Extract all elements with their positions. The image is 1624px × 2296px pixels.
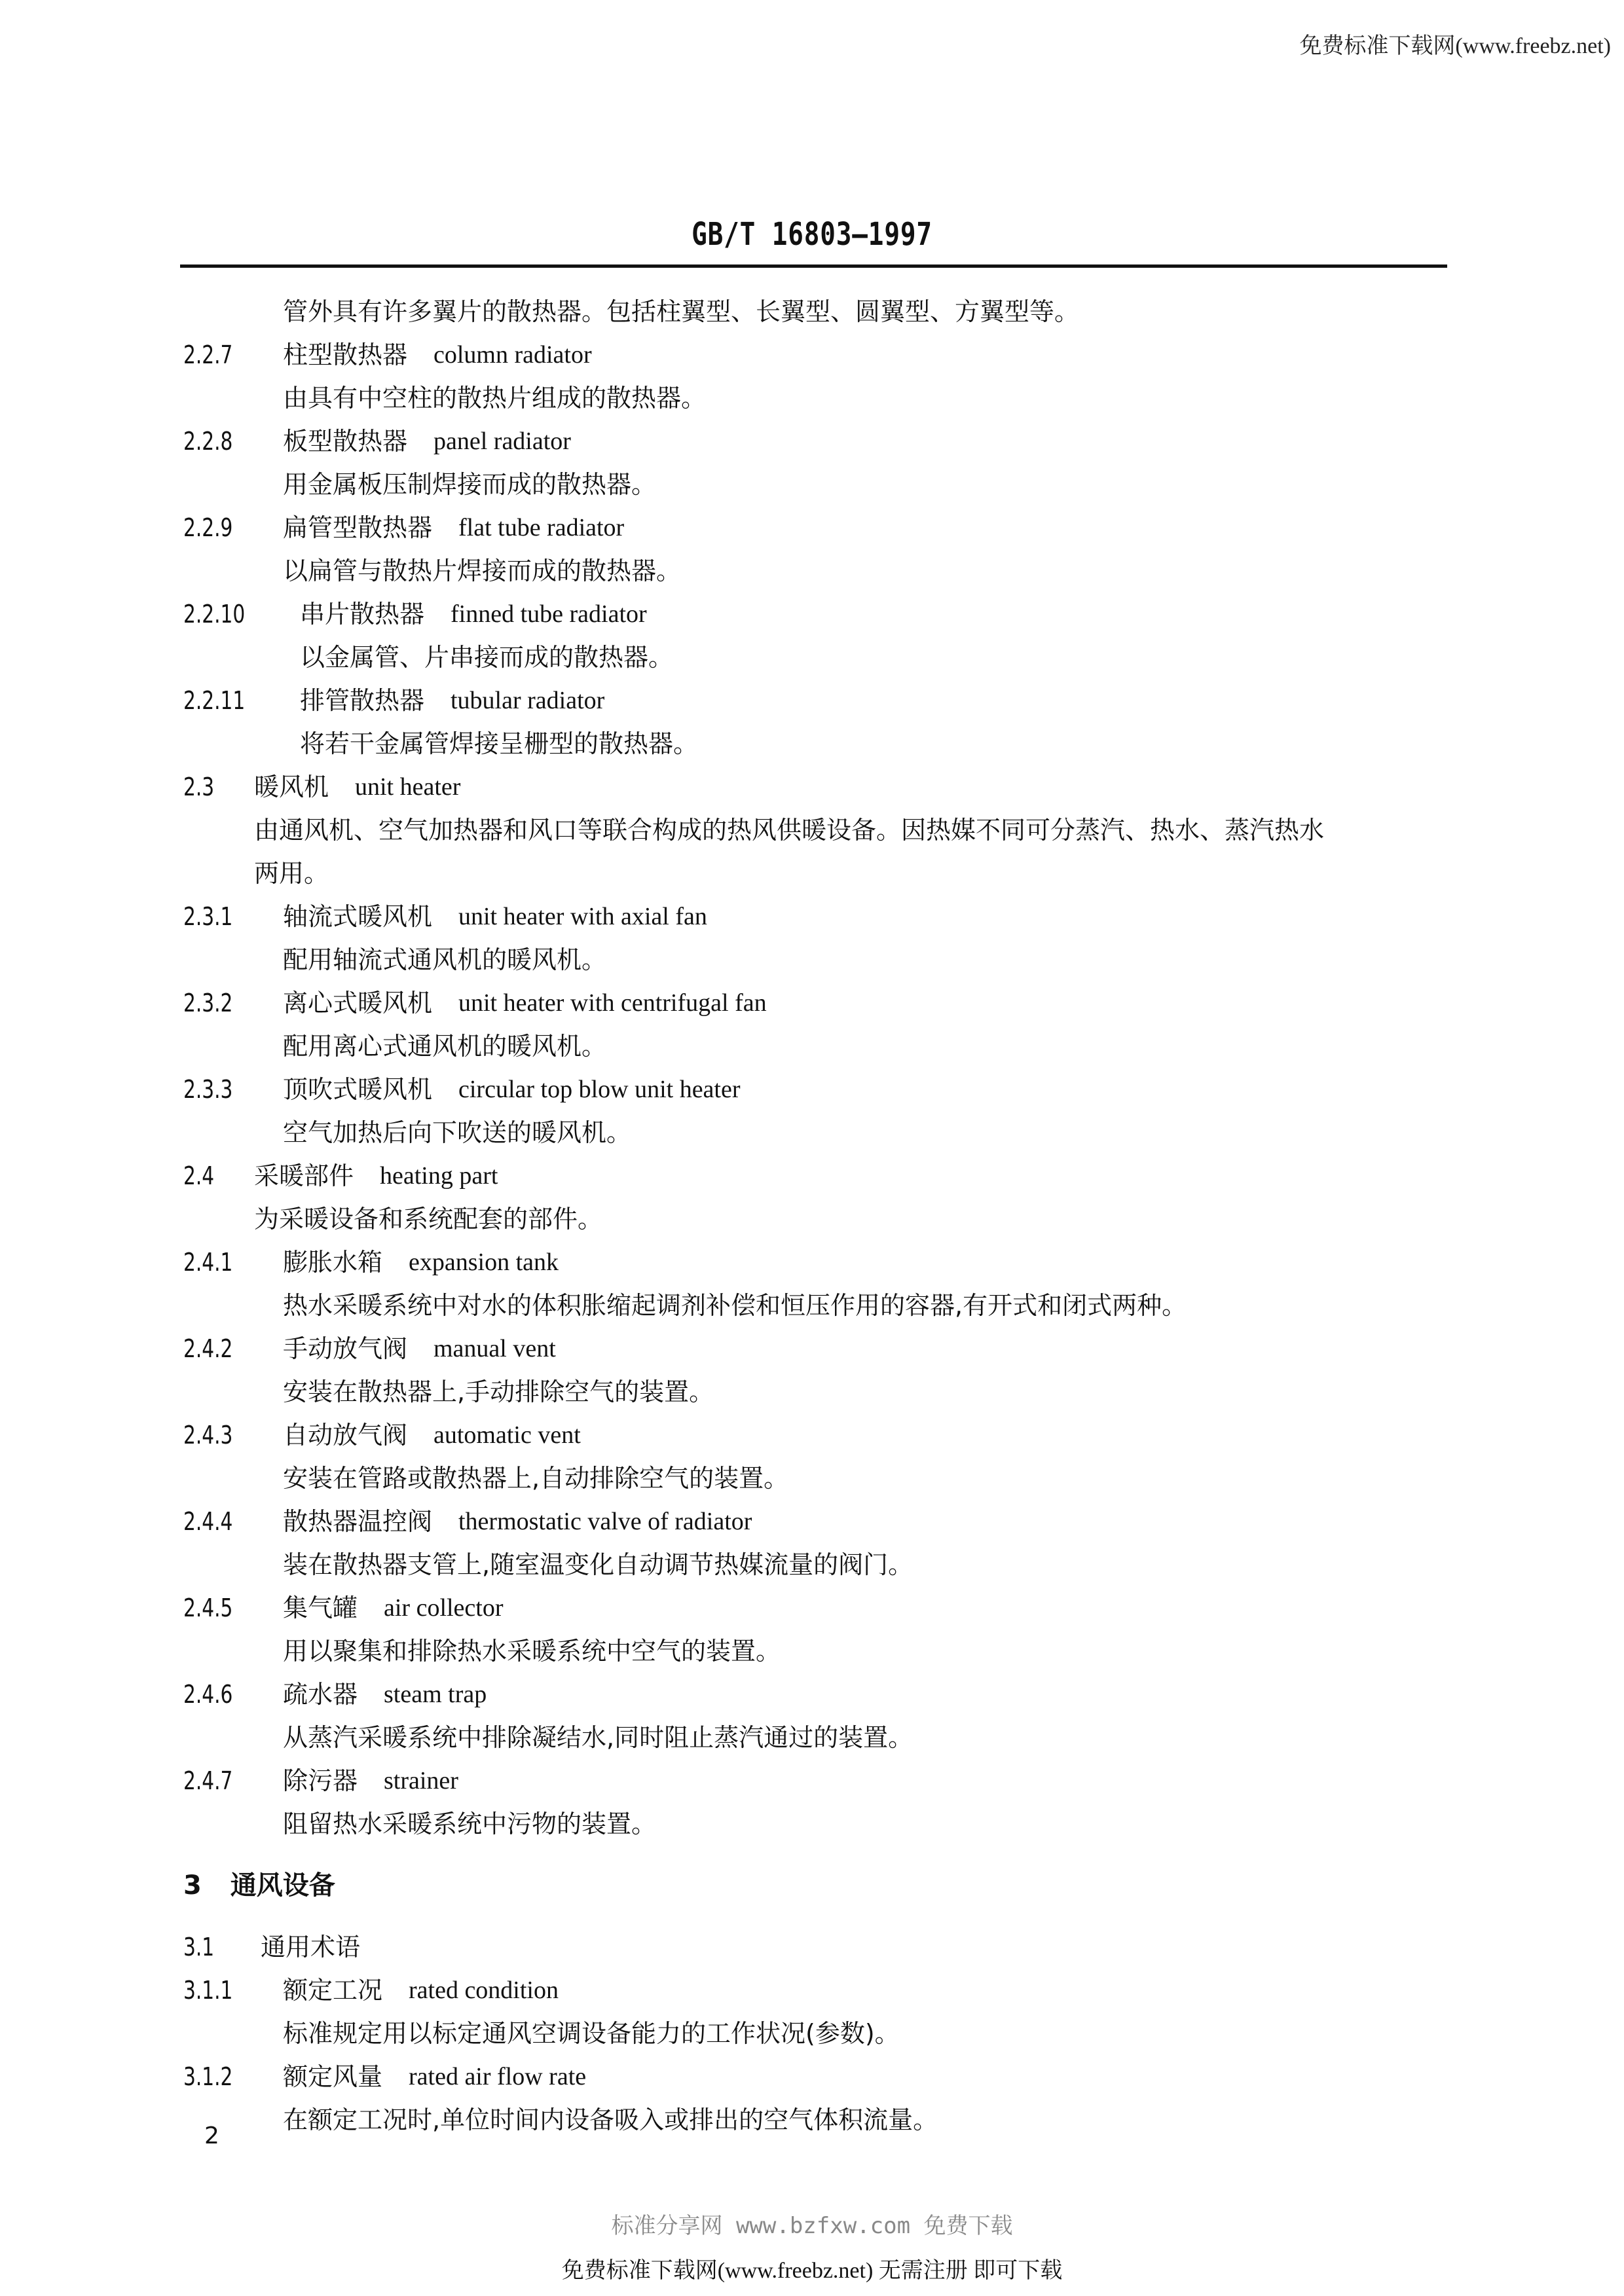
term-english: column radiator (434, 339, 592, 371)
term-definition: 以金属管、片串接而成的散热器。 (300, 642, 673, 673)
term-chinese: 离心式暖风机 (283, 987, 432, 1019)
term-definition: 由通风机、空气加热器和风口等联合构成的热风供暖设备。因热媒不同可分蒸汽、热水、蒸… (254, 814, 1324, 846)
term-chinese: 额定风量 (283, 2061, 382, 2092)
term-number: 2.4 (183, 1160, 214, 1192)
term-definition: 热水采暖系统中对水的体积胀缩起调剂补偿和恒压作用的容器,有开式和闭式两种。 (283, 1290, 1187, 1321)
term-english: unit heater with axial fan (458, 901, 707, 932)
term-definition: 装在散热器支管上,随室温变化自动调节热媒流量的阀门。 (283, 1549, 913, 1580)
term-chinese: 自动放气阀 (283, 1419, 407, 1451)
term-english: rated condition (409, 1975, 559, 2006)
term-chinese: 采暖部件 (254, 1160, 354, 1192)
term-definition: 配用离心式通风机的暖风机。 (283, 1030, 606, 1062)
term-number: 2.4.2 (183, 1333, 232, 1364)
term-number: 2.3.1 (183, 901, 232, 932)
term-english: tubular radiator (451, 685, 604, 716)
standard-code-header: GB/T 16803—1997 (146, 216, 1478, 253)
term-english: automatic vent (434, 1419, 581, 1451)
header-rule (180, 264, 1447, 268)
term-definition-cont: 两用。 (254, 858, 329, 889)
term-definition: 标准规定用以标定通风空调设备能力的工作状况(参数)。 (283, 2018, 900, 2049)
term-english: air collector (384, 1592, 504, 1624)
term-definition: 空气加热后向下吹送的暖风机。 (283, 1117, 631, 1148)
term-number: 3.1.2 (183, 2061, 232, 2092)
page-number: 2 (204, 2123, 219, 2149)
term-english: rated air flow rate (409, 2061, 586, 2092)
term-definition: 配用轴流式通风机的暖风机。 (283, 944, 606, 975)
term-chinese: 集气罐 (283, 1592, 358, 1624)
chapter-title: 通风设备 (231, 1870, 335, 1901)
term-definition: 用金属板压制焊接而成的散热器。 (283, 469, 656, 500)
term-number: 2.3.2 (183, 987, 232, 1019)
term-number: 3.1.1 (183, 1975, 232, 2006)
watermark-footer-1: 标准分享网 www.bzfxw.com 免费下载 (0, 2208, 1624, 2240)
term-chinese: 串片散热器 (300, 598, 424, 630)
term-english: finned tube radiator (451, 598, 647, 630)
term-definition: 阻留热水采暖系统中污物的装置。 (283, 1808, 656, 1840)
term-chinese: 板型散热器 (283, 426, 407, 457)
term-chinese: 膨胀水箱 (283, 1247, 382, 1278)
term-chinese: 柱型散热器 (283, 339, 407, 371)
term-chinese: 除污器 (283, 1765, 358, 1796)
term-definition: 在额定工况时,单位时间内设备吸入或排出的空气体积流量。 (283, 2104, 938, 2136)
term-definition: 由具有中空柱的散热片组成的散热器。 (283, 382, 706, 414)
section-title: 通用术语 (261, 1931, 360, 1963)
term-definition: 为采暖设备和系统配套的部件。 (254, 1203, 602, 1235)
term-number: 2.4.3 (183, 1419, 232, 1451)
term-number: 2.2.10 (183, 598, 245, 630)
term-number: 2.2.9 (183, 512, 232, 543)
term-english: unit heater with centrifugal fan (458, 987, 767, 1019)
term-number: 2.2.8 (183, 426, 232, 457)
section-number: 3.1 (183, 1931, 214, 1963)
term-english: expansion tank (409, 1247, 559, 1278)
term-number: 2.3 (183, 771, 214, 803)
term-english: panel radiator (434, 426, 571, 457)
term-definition: 安装在散热器上,手动排除空气的装置。 (283, 1376, 714, 1408)
term-chinese: 手动放气阀 (283, 1333, 407, 1364)
term-chinese: 顶吹式暖风机 (283, 1074, 432, 1105)
chapter-number: 3 (183, 1870, 202, 1901)
term-chinese: 额定工况 (283, 1975, 382, 2006)
watermark-top: 免费标准下载网(www.freebz.net) (1299, 27, 1611, 60)
term-definition: 安装在管路或散热器上,自动排除空气的装置。 (283, 1463, 788, 1494)
term-definition: 从蒸汽采暖系统中排除凝结水,同时阻止蒸汽通过的装置。 (283, 1722, 913, 1753)
term-number: 2.3.3 (183, 1074, 232, 1105)
term-chinese: 疏水器 (283, 1679, 358, 1710)
term-english: heating part (380, 1160, 498, 1192)
term-definition: 用以聚集和排除热水采暖系统中空气的装置。 (283, 1635, 781, 1667)
chapter-3-heading: 3 通风设备 (183, 1865, 335, 1902)
term-chinese: 轴流式暖风机 (283, 901, 432, 932)
term-number: 2.4.6 (183, 1679, 232, 1710)
term-english: strainer (384, 1765, 458, 1796)
term-english: unit heater (355, 771, 460, 803)
term-definition: 以扁管与散热片焊接而成的散热器。 (283, 555, 681, 587)
term-definition: 将若干金属管焊接呈栅型的散热器。 (300, 728, 698, 759)
term-chinese: 扁管型散热器 (283, 512, 432, 543)
term-english: thermostatic valve of radiator (458, 1506, 752, 1537)
term-number: 2.2.11 (183, 685, 245, 716)
term-number: 2.4.7 (183, 1765, 232, 1796)
term-number: 2.4.5 (183, 1592, 232, 1624)
term-english: manual vent (434, 1333, 556, 1364)
term-chinese: 排管散热器 (300, 685, 424, 716)
term-number: 2.2.7 (183, 339, 232, 371)
term-number: 2.4.1 (183, 1247, 232, 1278)
term-english: steam trap (384, 1679, 487, 1710)
continuation-text: 管外具有许多翼片的散热器。包括柱翼型、长翼型、圆翼型、方翼型等。 (283, 296, 1079, 327)
term-chinese: 暖风机 (254, 771, 329, 803)
term-english: circular top blow unit heater (458, 1074, 741, 1105)
watermark-footer-2: 免费标准下载网(www.freebz.net) 无需注册 即可下载 (0, 2252, 1624, 2284)
term-number: 2.4.4 (183, 1506, 232, 1537)
term-english: flat tube radiator (458, 512, 624, 543)
term-chinese: 散热器温控阀 (283, 1506, 432, 1537)
